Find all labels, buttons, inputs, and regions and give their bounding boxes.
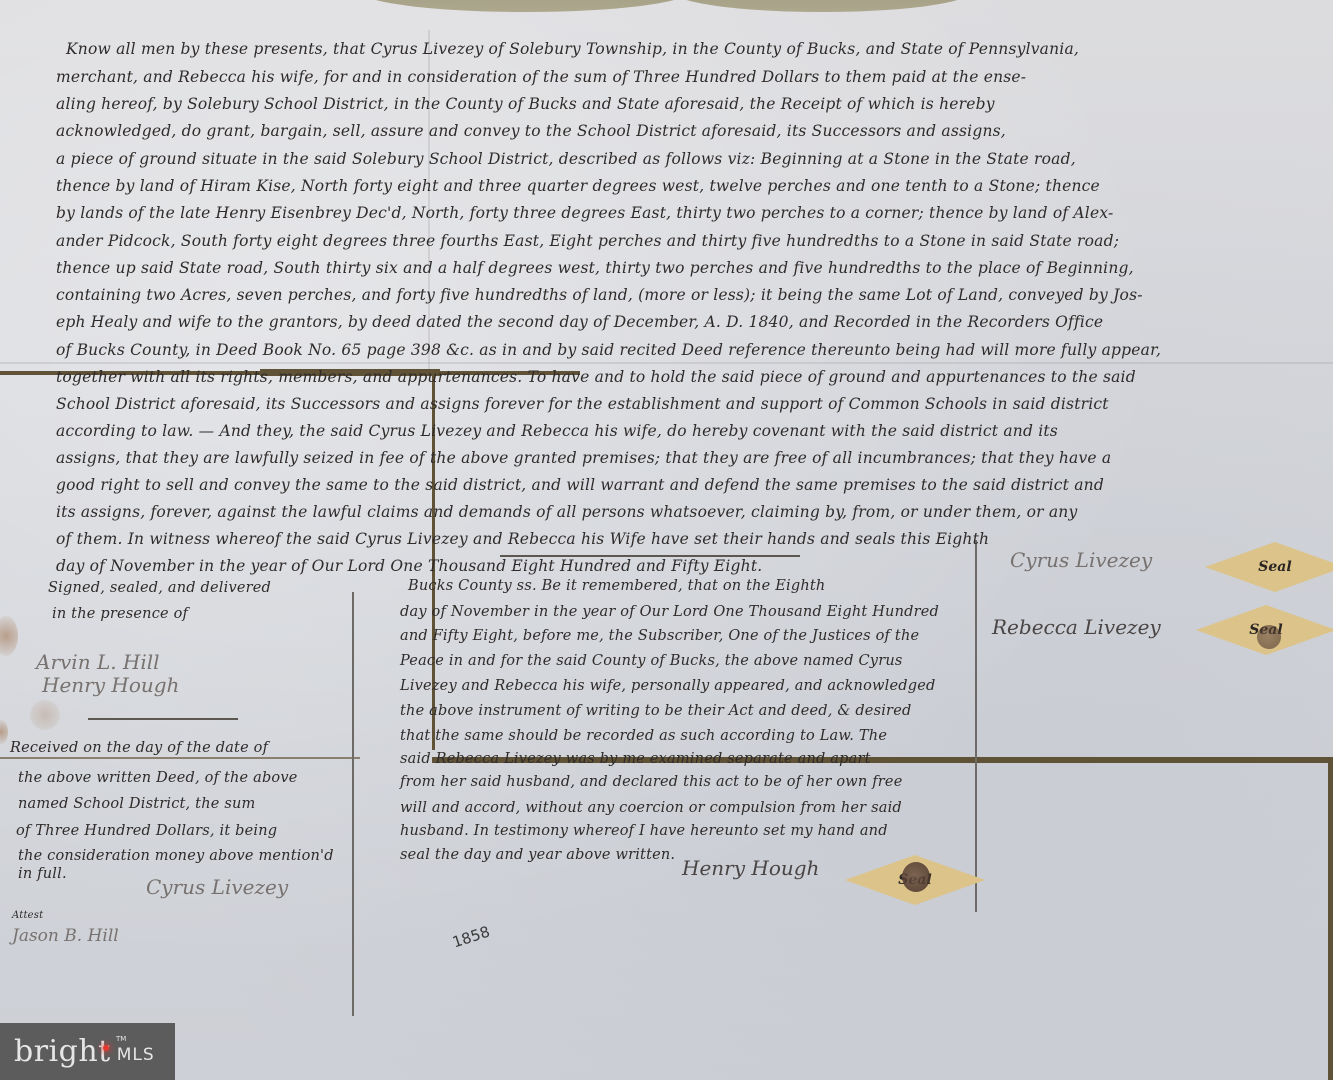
body-line: acknowledged, do grant, bargain, sell, a… — [56, 122, 1006, 140]
logo-spark-icon — [103, 1045, 109, 1051]
fold-line-left — [0, 757, 360, 759]
witness-signature: Arvin L. Hill — [36, 650, 160, 674]
witness-line: Signed, sealed, and delivered — [48, 580, 271, 596]
body-line: eph Healy and wife to the grantors, by d… — [56, 313, 1103, 331]
receipt-line: Received on the day of the date of — [10, 740, 268, 756]
body-line: according to law. — And they, the said C… — [56, 422, 1058, 440]
logo-brand-text: bright — [14, 1034, 111, 1069]
column-divider-right — [975, 540, 977, 912]
body-line: by lands of the late Henry Eisenbrey Dec… — [56, 204, 1113, 222]
receipt-line: of Three Hundred Dollars, it being — [16, 823, 277, 839]
body-line: thence by land of Hiram Kise, North fort… — [56, 177, 1100, 195]
paper-fold-horizontal — [0, 362, 1333, 364]
separator-rule-left — [88, 718, 238, 720]
wax-seal-icon — [902, 862, 930, 892]
attest-signature: Jason B. Hill — [12, 926, 119, 946]
ack-line: day of November in the year of Our Lord … — [400, 604, 939, 620]
ack-line: Bucks County ss. Be it remembered, that … — [408, 578, 825, 594]
frame-arc-right — [672, 0, 972, 12]
body-line: merchant, and Rebecca his wife, for and … — [56, 68, 1026, 86]
body-line: assigns, that they are lawfully seized i… — [56, 449, 1111, 467]
stain-mark — [0, 616, 18, 656]
stain-mark — [30, 700, 60, 730]
body-line: its assigns, forever, against the lawful… — [56, 503, 1077, 521]
body-line: aling hereof, by Solebury School Distric… — [56, 95, 995, 113]
ack-line: will and accord, without any coercion or… — [400, 800, 902, 816]
body-line: thence up said State road, South thirty … — [56, 259, 1134, 277]
witness-line: in the presence of — [52, 606, 188, 622]
deed-document: Know all men by these presents, that Cyr… — [0, 0, 1333, 1080]
body-line: containing two Acres, seven perches, and… — [56, 286, 1143, 304]
seal-cyrus: Seal — [1205, 542, 1333, 592]
logo-trademark: TM — [116, 1035, 126, 1043]
ack-line: Livezey and Rebecca his wife, personally… — [400, 678, 935, 694]
fold-shadow-right-edge — [1328, 760, 1333, 1080]
body-line: School District aforesaid, its Successor… — [56, 395, 1109, 413]
pencil-year-note: 1858 — [450, 923, 492, 952]
ack-line: husband. In testimony whereof I have her… — [400, 823, 888, 839]
body-line: ander Pidcock, South forty eight degrees… — [56, 232, 1119, 250]
grantor-signature-cyrus: Cyrus Livezey — [1010, 548, 1152, 572]
ack-line: from her said husband, and declared this… — [400, 774, 903, 790]
logo-mls-text: MLS — [117, 1045, 155, 1065]
body-line: of Bucks County, in Deed Book No. 65 pag… — [56, 341, 1161, 359]
receipt-line: in full. — [18, 866, 67, 882]
body-line: of them. In witness whereof the said Cyr… — [56, 530, 989, 548]
justice-signature: Henry Hough — [682, 856, 819, 880]
witness-signature: Henry Hough — [42, 673, 179, 697]
receipt-line: named School District, the sum — [18, 796, 255, 812]
receipt-line: the above written Deed, of the above — [18, 770, 298, 786]
body-line: a piece of ground situate in the said So… — [56, 150, 1076, 168]
ack-line: and Fifty Eight, before me, the Subscrib… — [400, 628, 919, 644]
frame-arc-left — [360, 0, 690, 12]
column-divider-left — [352, 592, 354, 1016]
wax-seal-icon — [1257, 625, 1281, 649]
ack-line: that the same should be recorded as such… — [400, 728, 887, 744]
body-line: Know all men by these presents, that Cyr… — [66, 40, 1079, 58]
ack-line: Peace in and for the said County of Buck… — [400, 653, 903, 669]
grantor-signature-rebecca: Rebecca Livezey — [992, 615, 1161, 639]
attest-label: Attest — [12, 910, 43, 921]
ack-line: seal the day and year above written. — [400, 847, 675, 863]
ack-line: the above instrument of writing to be th… — [400, 703, 911, 719]
bright-mls-watermark: bright TM MLS — [0, 1023, 175, 1080]
body-line: together with all its rights, members, a… — [56, 368, 1136, 386]
seal-label: Seal — [1258, 559, 1291, 575]
receipt-signature: Cyrus Livezey — [146, 875, 288, 899]
stain-mark — [0, 720, 8, 744]
body-line: day of November in the year of Our Lord … — [56, 557, 762, 575]
receipt-line: the consideration money above mention'd — [18, 848, 334, 864]
body-line: good right to sell and convey the same t… — [56, 476, 1104, 494]
ack-line: said Rebecca Livezey was by me examined … — [400, 751, 871, 767]
